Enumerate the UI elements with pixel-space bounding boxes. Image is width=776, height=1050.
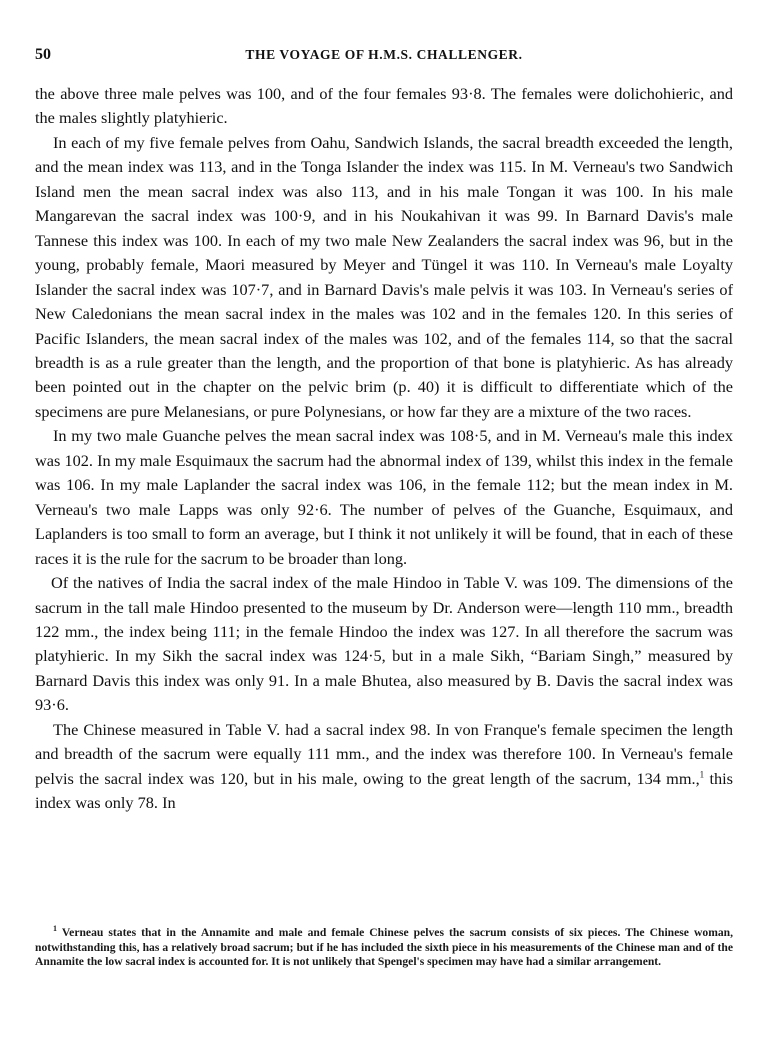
footnote-text-block: 1 Verneau states that in the Annamite an… [35, 926, 733, 970]
footnote-text: Verneau states that in the Annamite and … [35, 926, 733, 968]
paragraph-pacific-islanders: In each of my five female pelves from Oa… [35, 131, 733, 424]
paragraph-chinese-text-a: The Chinese measured in Table V. had a s… [35, 720, 733, 788]
running-title: THE VOYAGE OF H.M.S. CHALLENGER. [35, 47, 733, 63]
footnote: 1 Verneau states that in the Annamite an… [35, 926, 733, 970]
paragraph-continued: the above three male pelves was 100, and… [35, 82, 733, 131]
paragraph-chinese: The Chinese measured in Table V. had a s… [35, 718, 733, 816]
page-header: 50 THE VOYAGE OF H.M.S. CHALLENGER. [35, 46, 733, 68]
paragraph-guanche-esquimaux-lapps: In my two male Guanche pelves the mean s… [35, 424, 733, 571]
body-text: the above three male pelves was 100, and… [35, 82, 733, 816]
paragraph-india: Of the natives of India the sacral index… [35, 571, 733, 718]
